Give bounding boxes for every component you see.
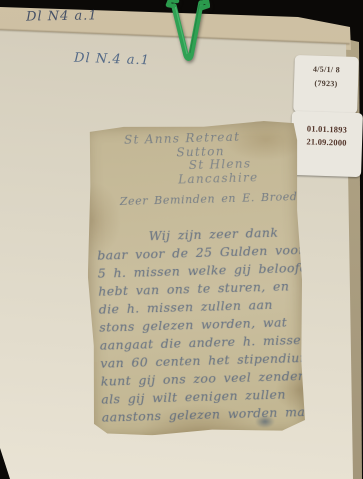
archive-ref-outer: Dl N4 a.1 (26, 8, 98, 24)
letter-salutation: Zeer Beminden en E. Broeder (120, 190, 311, 208)
date-label: 01.01.1893 21.09.2000 (290, 111, 363, 177)
catalog-label-line2: (7923) (294, 78, 358, 89)
catalog-label-line1: 4/5/1/ 8 (294, 64, 358, 75)
paperclip (164, 0, 210, 70)
date-label-line1: 01.01.1893 (291, 123, 362, 135)
letter-body: Wij zijn zeer dank baar voor de 25 Gulde… (97, 224, 302, 428)
paperclip-icon (164, 0, 210, 70)
date-label-line2: 21.09.2000 (291, 136, 362, 148)
ink-blot (255, 415, 275, 429)
handwritten-letter: St Anns Retreat Sutton St Hlens Lancashi… (84, 120, 307, 440)
letter-address: St Anns Retreat Sutton St Hlens Lancashi… (84, 128, 299, 188)
catalog-label: 4/5/1/ 8 (7923) (293, 55, 359, 114)
archive-photo: Dl N4 a.1 Dl N.4 a.1 4/5/1/ 8 (7923) 01.… (0, 0, 363, 479)
archive-ref-inner: Dl N.4 a.1 (74, 51, 150, 69)
